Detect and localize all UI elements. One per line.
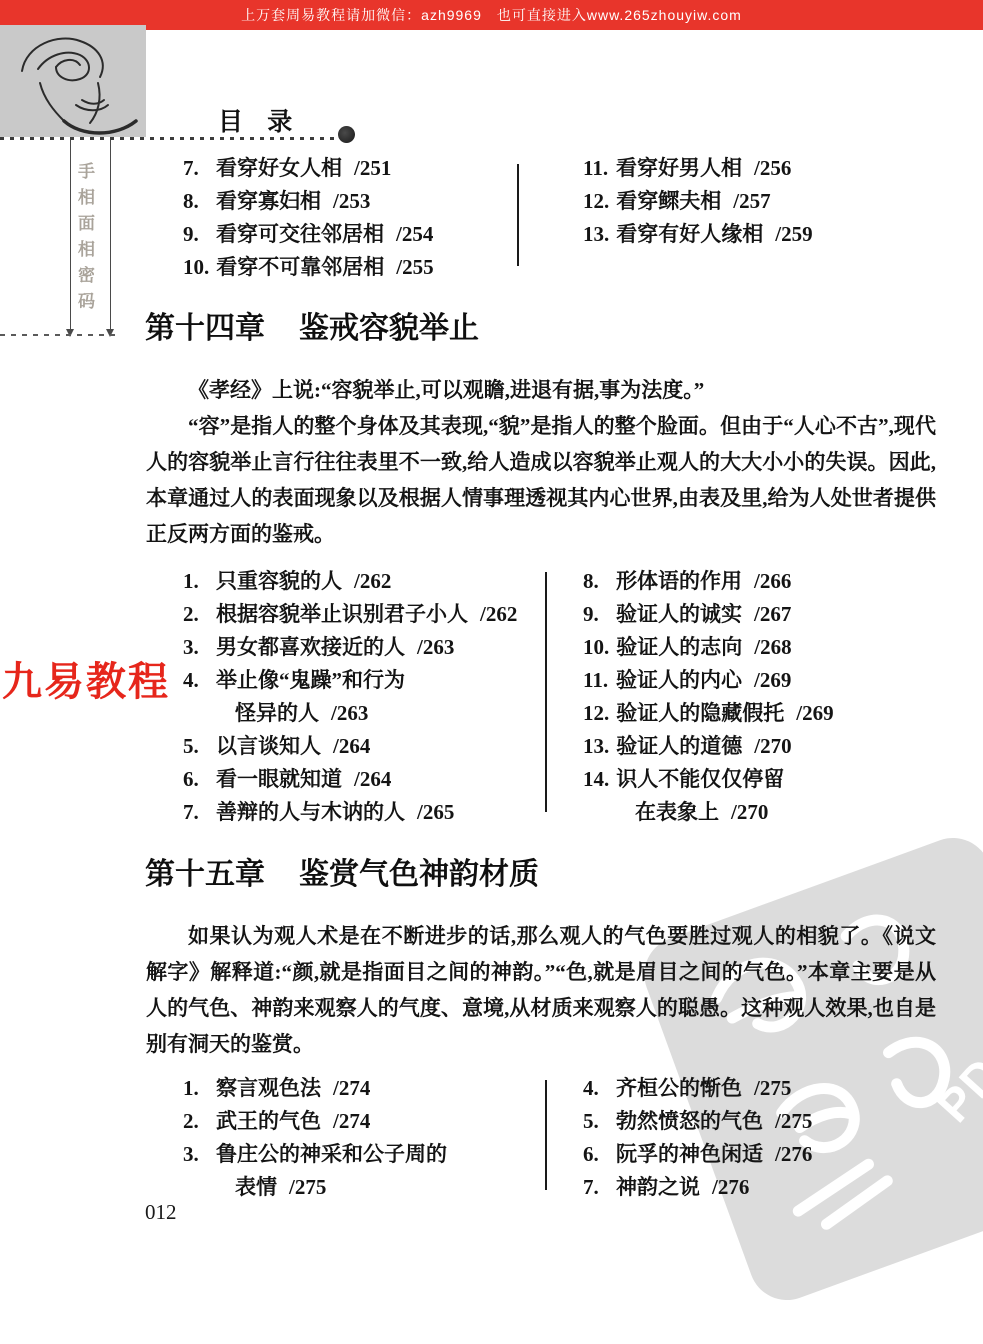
toc-item: 10.看穿不可靠邻居相/255 [183,251,434,284]
toc-item-title: 齐桓公的惭色 [616,1076,742,1100]
sidebar-dashed-rule [0,334,120,336]
toc-item-page: /262 [354,569,391,593]
toc-item-number: 12. [583,701,609,726]
toc-item-page: /270 [731,800,768,824]
chapter-14-left-column: 1.只重容貌的人/262 2.根据容貌举止识别君子小人/262 3.男女都喜欢接… [183,565,517,829]
page-number: 012 [145,1200,177,1225]
sidebar-rule-right [110,140,111,330]
toc-item-title: 看穿不可靠邻居相 [216,255,384,279]
toc-item-number: 6. [183,767,209,792]
toc-item: 1.只重容貌的人/262 [183,565,517,598]
chapter-15-left-column: 1.察言观色法/274 2.武王的气色/274 3.鲁庄公的神采和公子周的 表情… [183,1072,459,1204]
toc-item-number: 8. [183,189,209,214]
toc-item-number: 5. [183,734,209,759]
seal-script-watermark-icon [634,827,983,1310]
toc-item-title: 鲁庄公的神采和公子周的 [216,1142,447,1166]
toc-item-page: /256 [754,156,791,180]
toc-item-page: /274 [333,1109,370,1133]
toc-item: 6.看一眼就知道/264 [183,763,517,796]
toc-item: 9.验证人的诚实/267 [583,598,834,631]
toc-item-number: 9. [183,222,209,247]
toc-item-title: 以言谈知人 [216,734,321,758]
promo-header-bar: 上万套周易教程请加微信：azh9969 也可直接进入www.265zhouyiw… [0,0,983,30]
toc-item-title: 察言观色法 [216,1076,321,1100]
toc-item: 12.验证人的隐藏假托/269 [583,697,834,730]
toc-item-number: 7. [183,156,209,181]
chapter-15-heading: 第十五章鉴赏气色神韵材质 [145,849,539,893]
toc-item: 10.验证人的志向/268 [583,631,834,664]
hand-sketch-illustration [0,25,146,137]
toc-item-page: /267 [754,602,791,626]
paragraph: 如果认为观人术是在不断进步的话,那么观人的气色要胜过观人的相貌了。《说文解字》解… [146,918,936,1062]
toc-item: 11.验证人的内心/269 [583,664,834,697]
toc-item-continuation: 在表象上/270 [583,796,834,829]
toc-item-title: 识人不能仅仅停留 [616,767,784,791]
toc-item-title: 武王的气色 [216,1109,321,1133]
toc-item-number: 2. [183,1109,209,1134]
toc-item: 12.看穿鳏夫相/257 [583,185,813,218]
toc-item: 14.识人不能仅仅停留 [583,763,834,796]
toc-item-page: /254 [396,222,433,246]
toc-item-number: 5. [583,1109,609,1134]
toc-item-title: 看穿鳏夫相 [616,189,721,213]
toc-item: 5.以言谈知人/264 [183,730,517,763]
toc-item-title: 看穿可交往邻居相 [216,222,384,246]
toc-item-title: 表情 [235,1175,277,1199]
toc-item: 3.鲁庄公的神采和公子周的 [183,1138,459,1171]
toc-item-page: /266 [754,569,791,593]
toc-item-number: 12. [583,189,609,214]
toc-item-number: 6. [583,1142,609,1167]
promo-header-text: 上万套周易教程请加微信：azh9969 也可直接进入www.265zhouyiw… [241,5,742,25]
toc-item-page: /262 [480,602,517,626]
toc-item-title: 阮孚的神色闲适 [616,1142,763,1166]
toc-item: 13.看穿有好人缘相/259 [583,218,813,251]
toc-item-number: 13. [583,222,609,247]
toc-item-number: 13. [583,734,609,759]
toc-item: 3.男女都喜欢接近的人/263 [183,631,517,664]
toc-item-title: 形体语的作用 [616,569,742,593]
toc-item-title: 看穿好男人相 [616,156,742,180]
toc-item-page: /255 [396,255,433,279]
toc-item-page: /251 [354,156,391,180]
toc-item-title: 验证人的道德 [616,734,742,758]
chapter-title: 鉴戒容貌举止 [299,312,479,345]
chapter-14-heading: 第十四章鉴戒容貌举止 [145,303,479,347]
dot-ornament-icon [338,126,355,143]
toc-item-number: 11. [583,668,609,693]
toc-item-page: /264 [333,734,370,758]
chapter-15-intro: 如果认为观人术是在不断进步的话,那么观人的气色要胜过观人的相貌了。《说文解字》解… [146,918,936,1062]
toc-item: 7.善辩的人与木讷的人/265 [183,796,517,829]
toc-item-title: 验证人的隐藏假托 [616,701,784,725]
toc-item-page: /265 [417,800,454,824]
toc-item-page: /253 [333,189,370,213]
column-divider [517,164,519,266]
toc-item-number: 11. [583,156,609,181]
dotted-rule [0,137,336,140]
toc-item-page: /257 [733,189,770,213]
column-divider [545,572,547,812]
toc-item-title: 善辩的人与木讷的人 [216,800,405,824]
toc-item-number: 8. [583,569,609,594]
toc-item-page: /275 [289,1175,326,1199]
toc-top-left-column: 7.看穿好女人相/251 8.看穿寡妇相/253 9.看穿可交往邻居相/254 … [183,152,434,284]
toc-item-page: /259 [775,222,812,246]
toc-item-number: 7. [183,800,209,825]
book-spine-title: 手相面相密码 [72,162,97,342]
toc-item-page: /269 [754,668,791,692]
toc-item-number: 4. [583,1076,609,1101]
hand-drawing-icon [0,25,146,137]
toc-item: 7.看穿好女人相/251 [183,152,434,185]
toc-top-right-column: 11.看穿好男人相/256 12.看穿鳏夫相/257 13.看穿有好人缘相/25… [583,152,813,251]
toc-item-title: 怪异的人 [235,701,319,725]
chapter-14-right-column: 8.形体语的作用/266 9.验证人的诚实/267 10.验证人的志向/268 … [583,565,834,829]
toc-item-page: /263 [331,701,368,725]
toc-item-title: 在表象上 [635,800,719,824]
toc-item: 2.根据容貌举止识别君子小人/262 [183,598,517,631]
toc-item-number: 1. [183,569,209,594]
toc-title: 目 录 [218,102,301,138]
toc-item: 8.形体语的作用/266 [583,565,834,598]
toc-item: 7.神韵之说/276 [583,1171,812,1204]
pdg-watermark-stamp: PDG [634,827,983,1310]
toc-item-number: 4. [183,668,209,693]
toc-item-number: 7. [583,1175,609,1200]
toc-item: 2.武王的气色/274 [183,1105,459,1138]
toc-item-continuation: 怪异的人/263 [183,697,517,730]
toc-item-title: 验证人的内心 [616,668,742,692]
toc-item: 5.勃然愤怒的气色/275 [583,1105,812,1138]
red-watermark-text: 九易教程 [2,650,170,707]
toc-item-title: 验证人的志向 [616,635,742,659]
chapter-14-intro: 《孝经》上说:“容貌举止,可以观瞻,进退有据,事为法度。” “容”是指人的整个身… [146,372,936,552]
toc-item-title: 神韵之说 [616,1175,700,1199]
toc-item-page: /263 [417,635,454,659]
toc-item-page: /268 [754,635,791,659]
toc-item-title: 只重容貌的人 [216,569,342,593]
toc-item-page: /276 [775,1142,812,1166]
chapter-15-right-column: 4.齐桓公的惭色/275 5.勃然愤怒的气色/275 6.阮孚的神色闲适/276… [583,1072,812,1204]
toc-item: 13.验证人的道德/270 [583,730,834,763]
toc-item-title: 验证人的诚实 [616,602,742,626]
toc-item-title: 看穿好女人相 [216,156,342,180]
toc-item-number: 14. [583,767,609,792]
toc-item-number: 3. [183,1142,209,1167]
toc-item: 1.察言观色法/274 [183,1072,459,1105]
toc-item-continuation: 表情/275 [183,1171,459,1204]
toc-item-page: /264 [354,767,391,791]
toc-item-page: /275 [775,1109,812,1133]
toc-item-number: 10. [183,255,209,280]
column-divider [545,1080,547,1190]
toc-item-page: /276 [712,1175,749,1199]
toc-item-number: 10. [583,635,609,660]
chapter-number: 第十四章 [145,312,265,345]
toc-item-number: 2. [183,602,209,627]
toc-item-title: 看一眼就知道 [216,767,342,791]
paragraph: “容”是指人的整个身体及其表现,“貌”是指人的整个脸面。但由于“人心不古”,现代… [146,408,936,552]
chapter-number: 第十五章 [145,858,265,891]
toc-item-title: 根据容貌举止识别君子小人 [216,602,468,626]
toc-item-page: /270 [754,734,791,758]
toc-item-page: /269 [796,701,833,725]
toc-item-page: /274 [333,1076,370,1100]
toc-item: 8.看穿寡妇相/253 [183,185,434,218]
toc-item-title: 举止像“鬼躁”和行为 [216,668,405,692]
toc-item-title: 男女都喜欢接近的人 [216,635,405,659]
sidebar-rule-left [70,140,71,330]
toc-item-title: 勃然愤怒的气色 [616,1109,763,1133]
toc-item: 4.齐桓公的惭色/275 [583,1072,812,1105]
toc-item-number: 1. [183,1076,209,1101]
toc-item: 11.看穿好男人相/256 [583,152,813,185]
toc-item: 9.看穿可交往邻居相/254 [183,218,434,251]
toc-item-title: 看穿有好人缘相 [616,222,763,246]
toc-item-title: 看穿寡妇相 [216,189,321,213]
paragraph: 《孝经》上说:“容貌举止,可以观瞻,进退有据,事为法度。” [146,372,936,408]
toc-item-number: 3. [183,635,209,660]
toc-item-page: /275 [754,1076,791,1100]
toc-item-number: 9. [583,602,609,627]
chapter-title: 鉴赏气色神韵材质 [299,858,539,891]
scanned-book-page: PDG 上万套周易教程请加微信：azh9969 也可直接进入www.265zho… [0,0,983,1344]
toc-item: 6.阮孚的神色闲适/276 [583,1138,812,1171]
toc-item: 4.举止像“鬼躁”和行为 [183,664,517,697]
